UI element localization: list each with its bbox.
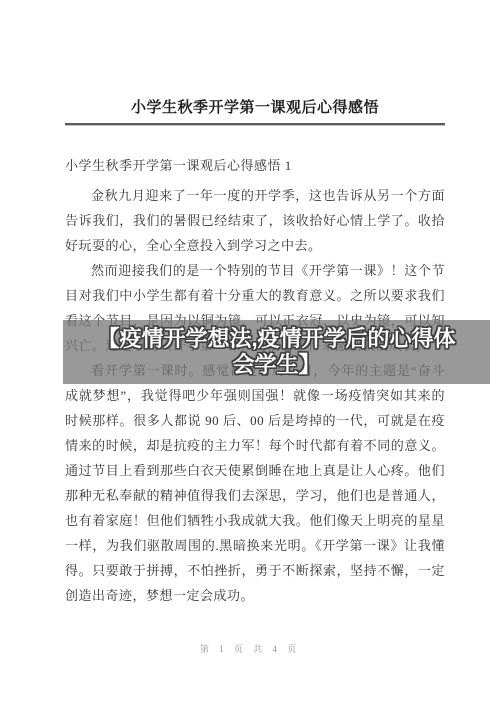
paragraph: 金秋九月迎来了一年一度的开学季，这也告诉从另一个方面告诉我们，我们的暑假已经结束… xyxy=(65,183,445,258)
body-text: 金秋九月迎来了一年一度的开学季，这也告诉从另一个方面告诉我们，我们的暑假已经结束… xyxy=(65,183,445,608)
section-heading: 小学生秋季开学第一课观后心得感悟 1 xyxy=(65,153,445,178)
watermark-text: 【疫情开学想法,疫情开学后的心得体会学生】 xyxy=(91,326,463,378)
page-footer: 第 1 页 共 4 页 xyxy=(0,642,500,655)
watermark-overlay: 【疫情开学想法,疫情开学后的心得体会学生】 xyxy=(63,320,490,384)
document-page: 小学生秋季开学第一课观后心得感悟 小学生秋季开学第一课观后心得感悟 1 金秋九月… xyxy=(0,0,500,706)
title-divider xyxy=(65,123,445,126)
document-title: 小学生秋季开学第一课观后心得感悟 xyxy=(65,99,445,118)
paragraph: 看开学第一课时。感觉都是历历在目，今年的主题是“奋斗成就梦想”，我觉得吧少年强则… xyxy=(65,358,445,608)
